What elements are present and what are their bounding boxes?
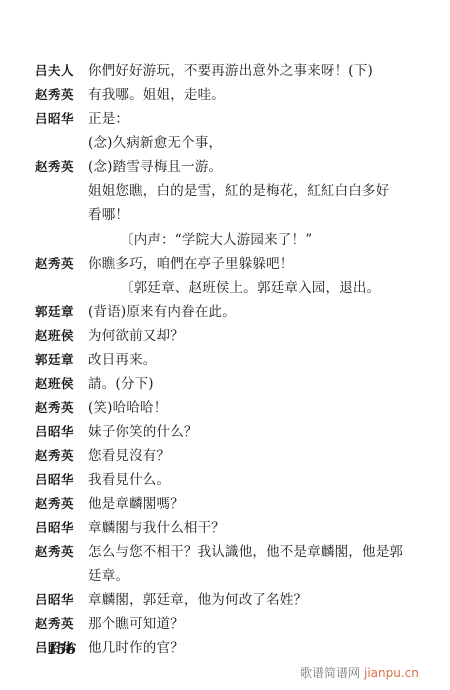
- dialogue-text: 我看見什么。: [88, 469, 170, 491]
- dialogue-text: 你瞧多巧，咱們在亭子里躲躲吧！: [88, 253, 294, 275]
- speaker-name: 赵班侯: [35, 373, 74, 395]
- speaker-name: 赵秀英: [35, 253, 74, 275]
- speaker-name: 赵秀英: [35, 493, 74, 515]
- dialogue-text: 怎么与您不相干？我认識他，他不是章麟閣，他是郭: [88, 541, 403, 563]
- dialogue-text: 您看見沒有？: [88, 445, 170, 467]
- speaker-name: 郭廷章: [35, 349, 74, 371]
- dialogue-text: 你們好好游玩，不要再游出意外之事来呀！(下): [88, 60, 373, 82]
- page-number: 156: [47, 642, 76, 658]
- dialogue-text: 章麟閣，郭廷章，他为何改了名姓？: [88, 589, 307, 611]
- dialogue-text: 章麟閣与我什么相干？: [88, 517, 225, 539]
- dialogue-text: 为何欲前又却？: [88, 325, 184, 347]
- dialogue-text: (念)久病新愈无个事，: [88, 132, 222, 154]
- watermark-site-name: 歌谱简谱网: [300, 666, 360, 680]
- speaker-name: 吕昭华: [35, 421, 74, 443]
- watermark: 歌谱简谱网jianpu.cn: [300, 664, 419, 681]
- speaker-name: 郭廷章: [35, 301, 74, 323]
- dialogue-text: 改日再来。: [88, 349, 157, 371]
- speaker-name: 赵秀英: [35, 156, 74, 178]
- script-page: 吕夫人你們好好游玩，不要再游出意外之事来呀！(下)赵秀英有我哪。姐姐，走哇。吕昭…: [0, 0, 450, 690]
- speaker-name: 赵秀英: [35, 613, 74, 635]
- speaker-name: 赵秀英: [35, 445, 74, 467]
- dialogue-text: 〔郭廷章、赵班侯上。郭廷章入园，退出。: [120, 277, 380, 299]
- dialogue-text: 妹子你笑的什么？: [88, 421, 198, 443]
- dialogue-text: (笑)哈哈哈！: [88, 397, 167, 419]
- speaker-name: 吕昭华: [35, 108, 74, 130]
- speaker-name: 吕夫人: [35, 60, 74, 82]
- dialogue-text: (念)踏雪寻梅且一游。: [88, 156, 222, 178]
- watermark-domain: jianpu.cn: [364, 666, 419, 680]
- dialogue-text: 姐姐您瞧，白的是雪，紅的是梅花，紅紅白白多好: [88, 180, 389, 202]
- dialogue-text: 有我哪。姐姐，走哇。: [88, 84, 225, 106]
- dialogue-text: 看哪！: [88, 204, 129, 226]
- speaker-name: 吕昭华: [35, 469, 74, 491]
- speaker-name: 吕昭华: [35, 589, 74, 611]
- dialogue-text: 那个瞧可知道？: [88, 613, 184, 635]
- dialogue-text: 〔内声：“学院大人游园来了！”: [120, 229, 312, 251]
- dialogue-text: 他是章麟閣嗎？: [88, 493, 184, 515]
- dialogue-text: 廷章。: [88, 565, 129, 587]
- dialogue-text: 請。(分下): [88, 373, 154, 395]
- speaker-name: 吕昭华: [35, 517, 74, 539]
- speaker-name: 赵秀英: [35, 84, 74, 106]
- speaker-name: 赵秀英: [35, 541, 74, 563]
- dialogue-text: (背语)原来有内眷在此。: [88, 301, 236, 323]
- dialogue-text: 他几时作的官？: [88, 637, 184, 659]
- dialogue-text: 正是：: [88, 108, 129, 130]
- speaker-name: 赵班侯: [35, 325, 74, 347]
- speaker-name: 赵秀英: [35, 397, 74, 419]
